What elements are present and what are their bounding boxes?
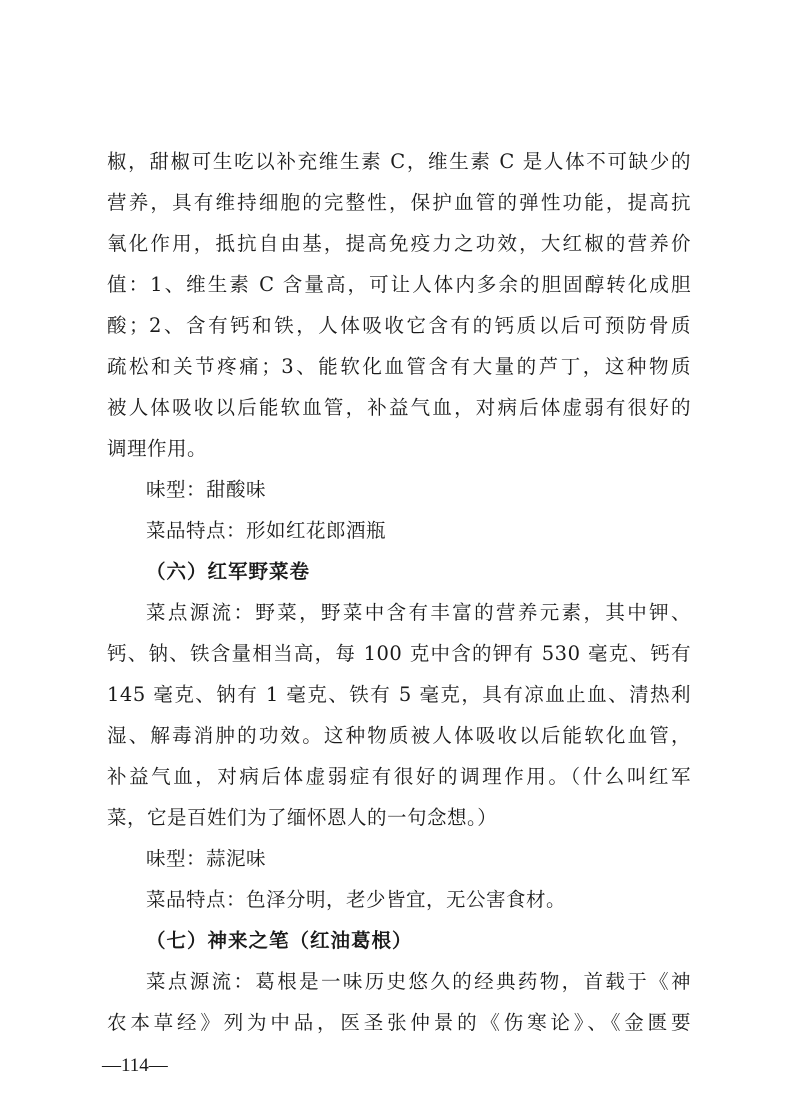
paragraph-line: 菜，它是百姓们为了缅怀恩人的一句念想。）: [107, 806, 691, 830]
paragraph-line: 酸；2、含有钙和铁，人体吸收它含有的钙质以后可预防骨质: [107, 314, 691, 338]
paragraph-line: 氧化作用，抵抗自由基，提高免疫力之功效，大红椒的营养价: [107, 232, 691, 256]
paragraph-line: 疏松和关节疼痛；3、能软化血管含有大量的芦丁，这种物质: [107, 355, 691, 379]
document-page: 椒，甜椒可生吃以补充维生素 C，维生素 C 是人体不可缺少的 营养，具有维持细胞…: [0, 0, 790, 1118]
paragraph-line: 145 毫克、钠有 1 毫克、铁有 5 毫克，具有凉血止血、清热利: [107, 683, 691, 707]
paragraph-line: 椒，甜椒可生吃以补充维生素 C，维生素 C 是人体不可缺少的: [107, 150, 691, 174]
paragraph-line: 补益气血，对病后体虚弱症有很好的调理作用。（什么叫红军: [107, 765, 691, 789]
dish-feature-line: 菜品特点：形如红花郎酒瓶: [146, 519, 691, 543]
paragraph-line: 菜点源流：葛根是一味历史悠久的经典药物，首载于《神: [146, 970, 691, 994]
page-number: —114—: [102, 1055, 168, 1077]
paragraph-line: 调理作用。: [107, 437, 691, 461]
paragraph-line: 值：1、维生素 C 含量高，可让人体内多余的胆固醇转化成胆: [107, 273, 691, 297]
flavor-type-line: 味型：蒜泥味: [146, 847, 691, 871]
paragraph-line: 钙、钠、铁含量相当高，每 100 克中含的钾有 530 毫克、钙有: [107, 642, 691, 666]
dish-feature-line: 菜品特点：色泽分明，老少皆宜，无公害食材。: [146, 888, 691, 912]
section-heading-6: （六）红军野菜卷: [146, 560, 691, 584]
paragraph-line: 被人体吸收以后能软血管，补益气血，对病后体虚弱有很好的: [107, 396, 691, 420]
paragraph-line: 湿、解毒消肿的功效。这种物质被人体吸收以后能软化血管，: [107, 724, 691, 748]
section-heading-7: （七）神来之笔（红油葛根）: [146, 929, 691, 953]
flavor-type-line: 味型：甜酸味: [146, 478, 691, 502]
paragraph-line: 菜点源流：野菜，野菜中含有丰富的营养元素，其中钾、: [146, 601, 691, 625]
paragraph-line: 营养，具有维持细胞的完整性，保护血管的弹性功能，提高抗: [107, 191, 691, 215]
paragraph-line: 农本草经》列为中品，医圣张仲景的《伤寒论》、《金匮要: [107, 1011, 691, 1035]
